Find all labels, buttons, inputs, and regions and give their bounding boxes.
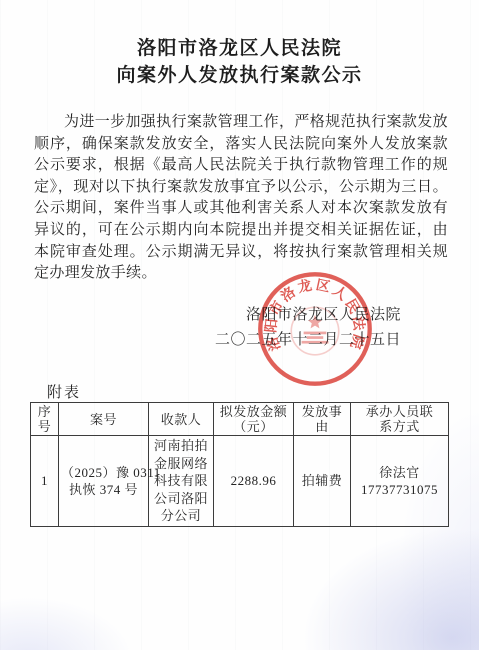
- cell-reason: 拍辅费: [294, 436, 351, 527]
- signature-date: 二〇二五年十二月二十五日: [215, 328, 401, 353]
- attachment-label: 附表: [47, 381, 81, 402]
- cell-case-number: （2025）豫 0311 执恢 374 号: [59, 436, 149, 527]
- signature-block: 洛阳市洛龙区人民法院 二〇二五年十二月二十五日: [215, 303, 401, 353]
- table-row: 1 （2025）豫 0311 执恢 374 号 河南拍拍金服网络科技有限公司洛阳…: [31, 436, 449, 527]
- document-page: 洛阳市洛龙区人民法院 向案外人发放执行案款公示 为进一步加强执行案款管理工作，严…: [0, 0, 479, 650]
- case-number-line-1: （2025）豫 0311: [61, 464, 146, 481]
- payout-table: 序号 案号 收款人 拟发放金额（元） 发放事由 承办人员联系方式 1 （2025…: [30, 402, 449, 527]
- body-paragraph: 为进一步加强执行案款管理工作，严格规范执行案款发放顺序，确保案款发放安全，落实人…: [34, 112, 448, 285]
- document-title: 洛阳市洛龙区人民法院 向案外人发放执行案款公示: [0, 35, 479, 89]
- cell-amount: 2288.96: [214, 436, 294, 527]
- contact-phone: 17737731075: [353, 481, 446, 498]
- contact-officer: 徐法官: [353, 464, 446, 481]
- title-line-2: 向案外人发放执行案款公示: [0, 62, 479, 89]
- header-case-number: 案号: [59, 403, 149, 436]
- cell-payee: 河南拍拍金服网络科技有限公司洛阳分公司: [149, 436, 214, 527]
- title-line-1: 洛阳市洛龙区人民法院: [0, 35, 479, 62]
- case-number-line-2: 执恢 374 号: [61, 481, 146, 498]
- signature-court: 洛阳市洛龙区人民法院: [215, 303, 401, 328]
- header-amount: 拟发放金额（元）: [214, 403, 294, 436]
- header-reason: 发放事由: [294, 403, 351, 436]
- cell-contact: 徐法官 17737731075: [351, 436, 449, 527]
- table-header-row: 序号 案号 收款人 拟发放金额（元） 发放事由 承办人员联系方式: [31, 403, 449, 436]
- cell-seq: 1: [31, 436, 59, 527]
- header-seq: 序号: [31, 403, 59, 436]
- header-contact: 承办人员联系方式: [351, 403, 449, 436]
- header-payee: 收款人: [149, 403, 214, 436]
